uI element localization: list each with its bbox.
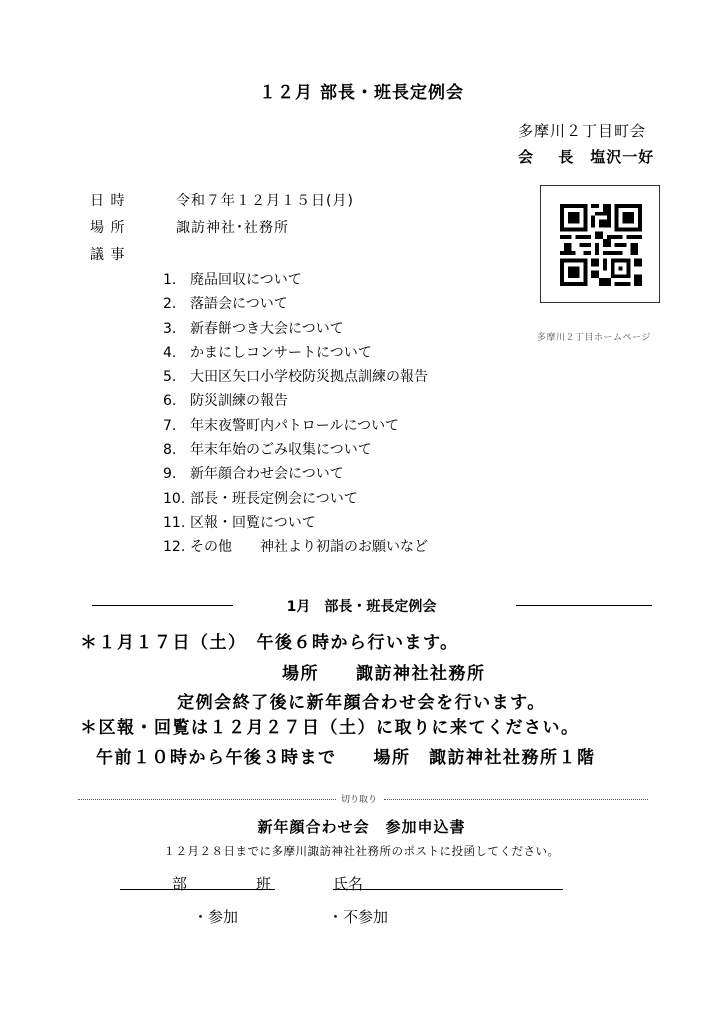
not-attend-option[interactable]: ・不参加 <box>328 906 388 927</box>
president-role: 会 長 <box>518 146 570 167</box>
name-label: 氏名 <box>333 873 363 894</box>
next-meeting-place: 場所 諏訪神社社務所 <box>282 659 486 684</box>
agenda-item: 4.かまにしコンサートについて <box>163 341 428 365</box>
next-meeting-date: ＊１月１７日（土） 午後６時から行います。 <box>80 628 459 653</box>
agenda-item: 7.年末夜警町内パトロールについて <box>163 414 428 438</box>
cut-line-label: 切り取り <box>341 792 377 805</box>
dept-group-field[interactable] <box>120 889 275 890</box>
agenda-item: 10.部長・班長定例会について <box>163 487 428 511</box>
agenda-item: 8.年末年始のごみ収集について <box>163 438 428 462</box>
qr-caption: 多摩川２丁目ホームページ <box>537 330 651 343</box>
agenda-item: 3.新春餅つき大会について <box>163 317 428 341</box>
agenda-item: 9.新年顔合わせ会について <box>163 462 428 486</box>
president-name: 塩沢一好 <box>590 146 654 167</box>
bulletin-pickup: ＊区報・回覧は１２月２７日（土）に取りに来てください。 <box>80 713 580 738</box>
agenda-item: 1.廃品回収について <box>163 268 428 292</box>
group-label: 班 <box>256 873 271 894</box>
next-meeting-note: 定例会終了後に新年顔合わせ会を行います。 <box>0 688 723 713</box>
place-value: 諏訪神社･社務所 <box>176 220 289 236</box>
agenda-label: 議 事 <box>90 244 125 264</box>
section-divider-right <box>516 605 652 606</box>
agenda-item: 5.大田区矢口小学校防災拠点訓練の報告 <box>163 365 428 389</box>
attend-option[interactable]: ・参加 <box>193 906 238 927</box>
cut-line-right <box>384 799 648 800</box>
form-title: 新年顔合わせ会 参加申込書 <box>0 816 723 837</box>
president-line: 会 長 塩沢一好 <box>518 146 654 167</box>
agenda-item: 2.落語会について <box>163 292 428 316</box>
date-row: 日 時令和７年１２月１５日(月) <box>90 190 354 210</box>
qr-code-icon <box>559 204 643 286</box>
agenda-item: 11.区報・回覧について <box>163 511 428 535</box>
organization-name: 多摩川２丁目町会 <box>518 120 646 141</box>
qr-code-box[interactable] <box>540 185 660 303</box>
agenda-item: 6.防災訓練の報告 <box>163 389 428 413</box>
cut-line-left <box>78 799 336 800</box>
bulletin-hours: 午前１０時から午後３時まで 場所 諏訪神社社務所１階 <box>96 743 596 768</box>
agenda-item: 12.その他 神社より初詣のお願いなど <box>163 535 428 559</box>
next-meeting-heading: 1月 部長・班長定例会 <box>0 596 723 616</box>
document-title: １２月 部長・班長定例会 <box>0 78 723 103</box>
place-row: 場 所諏訪神社･社務所 <box>90 217 289 237</box>
dept-label: 部 <box>172 873 187 894</box>
place-label: 場 所 <box>90 217 176 237</box>
date-value: 令和７年１２月１５日(月) <box>176 193 354 209</box>
form-note: １２月２８日までに多摩川諏訪神社社務所のポストに投函してください。 <box>0 843 723 859</box>
date-label: 日 時 <box>90 190 176 210</box>
name-field[interactable] <box>333 889 563 890</box>
agenda-list: 1.廃品回収について 2.落語会について 3.新春餅つき大会について 4.かまに… <box>163 268 428 560</box>
